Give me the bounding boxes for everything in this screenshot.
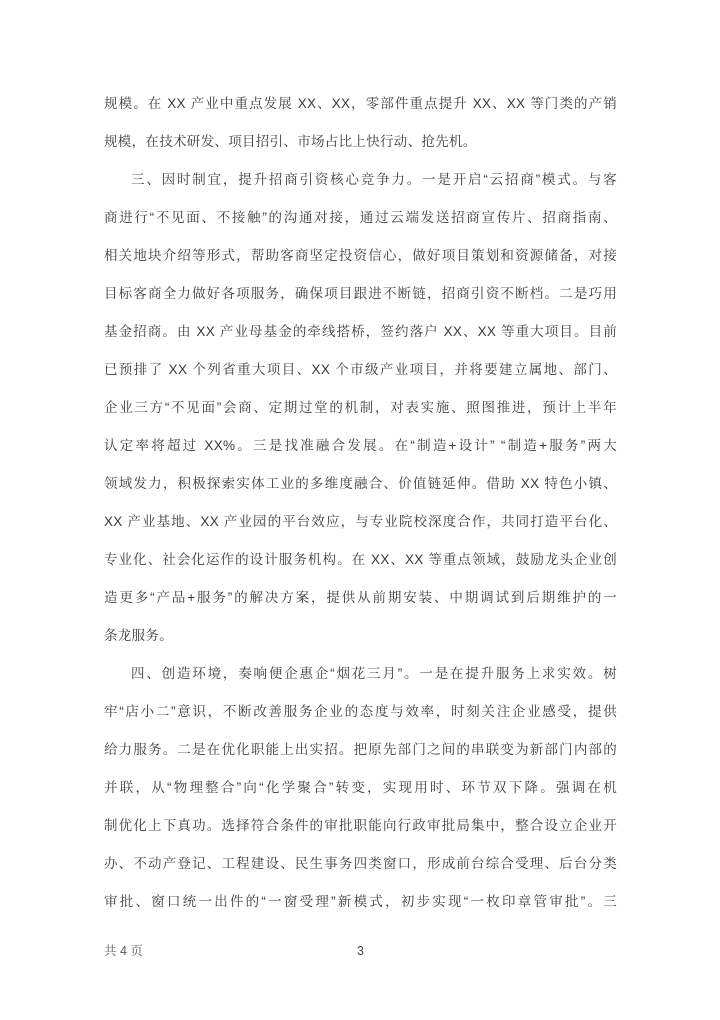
text-line: 四、创造环境，奏响便企惠企“烟花三月”。一是在提升服务上求实效。树 bbox=[104, 655, 617, 693]
text-line: 条龙服务。 bbox=[104, 617, 617, 655]
text-line: 相关地块介绍等形式，帮助客商坚定投资信心，做好项目策划和资源储备，对接 bbox=[104, 237, 617, 275]
paragraph: 规模。在 XX 产业中重点发展 XX、XX，零部件重点提升 XX、XX 等门类的… bbox=[104, 85, 617, 161]
text-line: 商进行“不见面、不接触”的沟通对接，通过云端发送招商宣传片、招商指南、 bbox=[104, 199, 617, 237]
text-line: XX 产业基地、XX 产业园的平台效应，与专业院校深度合作，共同打造平台化、 bbox=[104, 503, 617, 541]
text-line: 已预排了 XX 个列省重大项目、XX 个市级产业项目，并将要建立属地、部门、 bbox=[104, 351, 617, 389]
document-body: 规模。在 XX 产业中重点发展 XX、XX，零部件重点提升 XX、XX 等门类的… bbox=[104, 85, 617, 921]
text-line: 规模。在 XX 产业中重点发展 XX、XX，零部件重点提升 XX、XX 等门类的… bbox=[104, 85, 617, 123]
text-line: 给力服务。二是在优化职能上出实招。把原先部门之间的串联变为新部门内部的 bbox=[104, 731, 617, 769]
text-line: 企业三方“不见面”会商、定期过堂的机制，对表实施、照图推进，预计上半年 bbox=[104, 389, 617, 427]
footer-page-number: 3 bbox=[104, 941, 617, 961]
text-line: 办、不动产登记、工程建设、民生事务四类窗口，形成前台综合受理、后台分类 bbox=[104, 845, 617, 883]
paragraph: 三、因时制宜，提升招商引资核心竞争力。一是开启“云招商”模式。与客 商进行“不见… bbox=[104, 161, 617, 655]
text-line: 专业化、社会化运作的设计服务机构。在 XX、XX 等重点领域，鼓励龙头企业创 bbox=[104, 541, 617, 579]
paragraph: 四、创造环境，奏响便企惠企“烟花三月”。一是在提升服务上求实效。树 牢“店小二”… bbox=[104, 655, 617, 921]
text-line: 制优化上下真功。选择符合条件的审批职能向行政审批局集中，整合设立企业开 bbox=[104, 807, 617, 845]
text-line: 认定率将超过 XX%。三是找准融合发展。在“制造+设计” “制造+服务”两大 bbox=[104, 427, 617, 465]
page-footer: 共 4 页 3 bbox=[104, 941, 617, 961]
text-line: 造更多“产品+服务”的解决方案，提供从前期安装、中期调试到后期维护的一 bbox=[104, 579, 617, 617]
text-line: 基金招商。由 XX 产业母基金的牵线搭桥，签约落户 XX、XX 等重大项目。目前 bbox=[104, 313, 617, 351]
text-line: 规模，在技术研发、项目招引、市场占比上快行动、抢先机。 bbox=[104, 123, 617, 161]
text-line: 并联，从“物理整合”向“化学聚合”转变，实现用时、环节双下降。强调在机 bbox=[104, 769, 617, 807]
text-line: 审批、窗口统一出件的“一窗受理”新模式，初步实现“一枚印章管审批”。三 bbox=[104, 883, 617, 921]
document-page: 规模。在 XX 产业中重点发展 XX、XX，零部件重点提升 XX、XX 等门类的… bbox=[0, 0, 720, 1020]
text-line: 三、因时制宜，提升招商引资核心竞争力。一是开启“云招商”模式。与客 bbox=[104, 161, 617, 199]
text-line: 领域发力，积极探索实体工业的多维度融合、价值链延伸。借助 XX 特色小镇、 bbox=[104, 465, 617, 503]
text-line: 牢“店小二”意识，不断改善服务企业的态度与效率，时刻关注企业感受，提供 bbox=[104, 693, 617, 731]
text-line: 目标客商全力做好各项服务，确保项目跟进不断链，招商引资不断档。二是巧用 bbox=[104, 275, 617, 313]
